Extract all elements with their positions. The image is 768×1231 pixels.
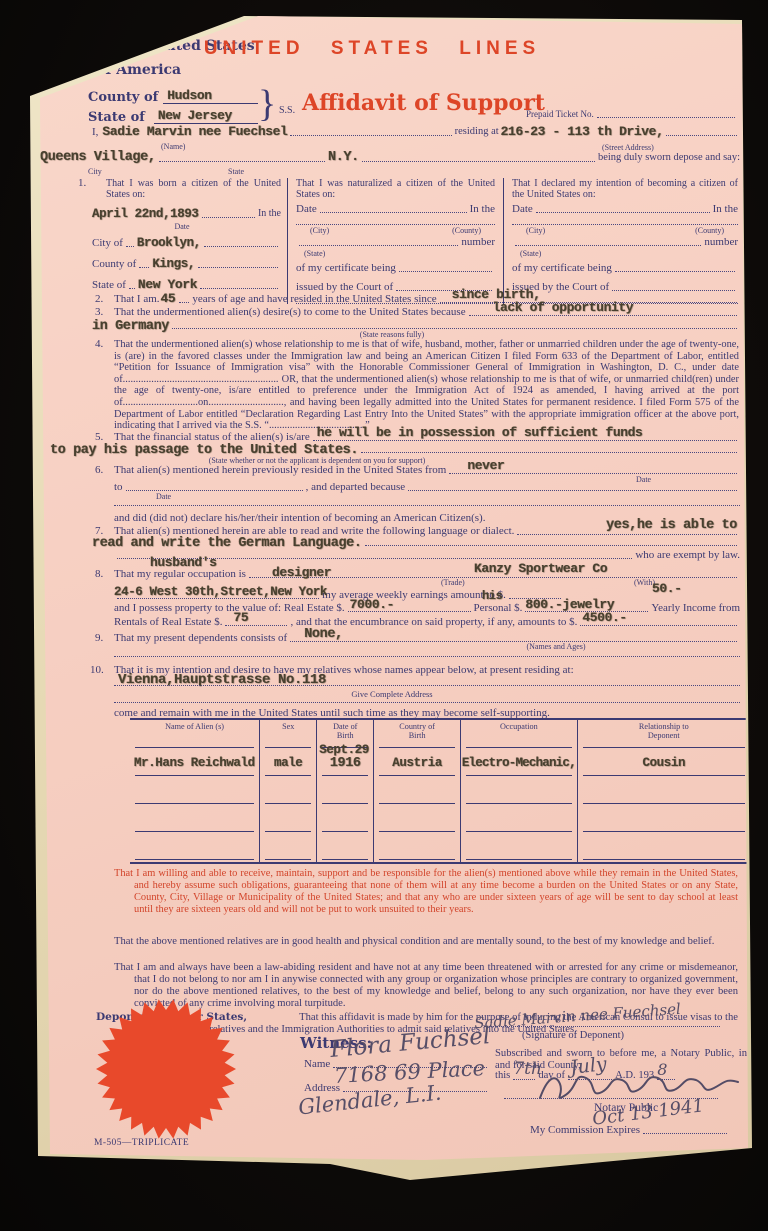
section5-number: 5.	[95, 431, 103, 443]
declared-number-row: number	[512, 236, 738, 248]
form-title: Affidavit of Support	[302, 90, 545, 116]
dotted-leader	[615, 271, 735, 272]
residing-label: residing at	[455, 126, 499, 138]
dotted-line	[114, 685, 740, 686]
dotted-leader: 4500.-	[580, 625, 737, 626]
dotted-leader	[612, 290, 735, 291]
section3-number: 3.	[95, 306, 103, 318]
departed-label: , and departed because	[306, 481, 406, 493]
dotted-line	[114, 702, 740, 703]
alien-name-value: Mr.Hans Reichwald	[130, 750, 259, 770]
cell-rule	[379, 859, 455, 860]
health-declaration: That the above mentioned relatives are i…	[114, 936, 738, 948]
row-country: Austria	[374, 750, 461, 778]
dotted-leader: yes,he is able to	[517, 534, 737, 535]
commission-row: My Commission Expires	[530, 1124, 730, 1136]
empty-cell	[374, 834, 461, 862]
witness-name-label: Name	[304, 1058, 330, 1070]
dotted-leader	[126, 246, 134, 247]
declared-in-the: In the	[713, 203, 738, 215]
alien-occupation-value: Electro-Mechanic,	[461, 750, 577, 770]
empty-cell	[130, 806, 260, 834]
cell-rule	[322, 859, 368, 860]
sworn-label: being duly sworn depose and say:	[598, 152, 740, 164]
dotted-leader	[361, 452, 737, 453]
row-sex: male	[260, 750, 317, 778]
state-caption: (State)	[512, 248, 738, 259]
dotted-leader	[666, 135, 737, 136]
dotted-leader	[204, 246, 278, 247]
dotted-line	[114, 505, 740, 506]
certificate-label: of my certificate being	[512, 262, 612, 274]
alien-relationship-value: Cousin	[578, 750, 750, 770]
empty-cell	[461, 806, 578, 834]
section8-property-line: and I possess property to the value of: …	[114, 602, 740, 614]
naturalized-certificate-row: of my certificate being	[296, 262, 495, 274]
dotted-leader: never	[449, 473, 737, 474]
affiant-name-value: Sadie Marvin nee Fuechsel	[102, 126, 287, 138]
section5-answer-line2: to pay his passage to the United States.	[50, 443, 740, 455]
section10-number: 10.	[90, 664, 104, 676]
section8-number: 8.	[95, 568, 103, 580]
trade-caption: (Trade)	[441, 578, 465, 587]
cell-rule	[135, 803, 254, 804]
ss-label: S.S.	[279, 105, 295, 116]
section9-caption: (Names and Ages)	[416, 642, 696, 651]
real-estate-value: 7000.-	[350, 599, 394, 611]
header-relationship-label: Relationship to Deponent	[632, 720, 696, 740]
state-value: New Jersey	[154, 110, 258, 124]
state-abbrev-value: N.Y.	[328, 152, 359, 164]
cell-rule	[322, 831, 368, 832]
notary-seal	[93, 996, 239, 1142]
exempt-text: who are exempt by law.	[635, 549, 740, 561]
dotted-leader	[129, 288, 135, 289]
his-overlay: his	[482, 589, 502, 603]
dotted-line	[296, 224, 495, 225]
dotted-leader	[202, 217, 255, 218]
cell-rule	[583, 747, 745, 748]
row-dob: 1916	[317, 750, 374, 778]
section2-text-b: years of age and have resided in the Uni…	[192, 293, 436, 305]
language-answer-line1: yes,he is able to	[606, 520, 737, 532]
born-county-row: County of Kings,	[92, 258, 281, 270]
dotted-leader	[172, 328, 737, 329]
dotted-leader	[198, 267, 278, 268]
section6-number: 6.	[95, 464, 103, 476]
dotted-leader	[179, 302, 189, 303]
city-caption: (City)	[526, 225, 545, 236]
empty-cell	[461, 778, 578, 806]
cell-rule	[265, 859, 311, 860]
section6-departed-line: to , and departed because	[114, 481, 740, 493]
seal-starburst	[96, 999, 236, 1138]
dotted-leader	[536, 212, 710, 213]
dotted-leader: 7000.-	[348, 611, 471, 612]
cell-rule	[135, 775, 254, 776]
prepaid-ticket-label: Prepaid Ticket No.	[526, 108, 594, 120]
naturalized-text: That I was naturalized a citizen of the …	[296, 178, 495, 200]
empty-cell	[578, 834, 750, 862]
to-label: to	[114, 481, 123, 493]
section4-text: That the undermentioned alien(s) whose r…	[114, 339, 739, 431]
cell-rule	[379, 775, 455, 776]
company-address-value: 24-6 West 30th,Street,New York	[114, 585, 327, 599]
empty-cell	[130, 778, 260, 806]
header-country: Country of Birth	[374, 720, 461, 750]
dotted-leader	[200, 288, 278, 289]
county-caption: (County)	[452, 225, 481, 236]
empty-cell	[578, 806, 750, 834]
header-country-label: Country of Birth	[394, 720, 440, 740]
cell-rule	[265, 775, 311, 776]
section4-number: 4.	[95, 339, 103, 351]
row-occupation: Electro-Mechanic,	[461, 750, 578, 778]
cell-rule	[135, 859, 254, 860]
section8-rentals-line: Rentals of Real Estate $. 75 , and that …	[114, 616, 740, 628]
header-dob-label: Date of Birth	[328, 720, 362, 740]
financial-answer-line1: he will be in possession of sufficient f…	[317, 427, 643, 439]
support-declaration: That I am willing and able to receive, m…	[114, 868, 738, 916]
state-label: State of	[88, 112, 145, 124]
age-value: 45	[161, 293, 176, 305]
dotted-leader	[139, 267, 149, 268]
state-caption: (State)	[296, 248, 495, 259]
section1-declared-column: That I declared my intention of becoming…	[503, 178, 742, 304]
county-value: Hudson	[163, 90, 258, 104]
dotted-leader	[362, 161, 595, 162]
photograph-of-affidavit: { "page": { "letterhead_line1": "United …	[0, 0, 768, 1231]
born-county-value: Kings,	[152, 258, 195, 270]
cell-rule	[583, 859, 745, 860]
city-value: Queens Village,	[40, 152, 156, 164]
section6-text: That alien(s) mentioned herein previousl…	[114, 464, 446, 476]
rentals-text-a: Rentals of Real Estate $.	[114, 616, 222, 628]
empty-cell	[317, 806, 374, 834]
cell-rule	[583, 775, 745, 776]
dotted-leader	[290, 135, 451, 136]
number-label: number	[704, 236, 738, 248]
certificate-label: of my certificate being	[296, 262, 396, 274]
alien-sex-value: male	[260, 750, 316, 770]
affiant-line: I, Sadie Marvin nee Fuechsel residing at…	[92, 126, 740, 138]
section6-declare-text: and did (did not) declare his/her/their …	[114, 512, 485, 524]
city-caption: (City)	[310, 225, 329, 236]
declared-text: That I declared my intention of becoming…	[512, 178, 738, 200]
cell-rule	[322, 803, 368, 804]
section3-reason-line: 3. That the undermentioned alien(s) desi…	[114, 306, 740, 318]
cell-rule	[583, 803, 745, 804]
header-relationship: Relationship to Deponent	[578, 720, 750, 750]
born-date-caption: Date	[112, 221, 252, 232]
born-state-label: State of	[92, 279, 126, 291]
county-caption: (County)	[695, 225, 724, 236]
section3-caption: (State reasons fully)	[36, 330, 748, 339]
state-row: State of New Jersey	[88, 110, 258, 124]
section2-age-line: 2. That I am. 45 years of age and have r…	[114, 293, 740, 305]
empty-cell	[130, 834, 260, 862]
born-state-row: State of New York	[92, 279, 281, 291]
dependents-answer: None,	[304, 629, 343, 641]
born-in-the: In the	[258, 208, 281, 220]
section2-number: 2.	[95, 293, 103, 305]
alien-country-value: Austria	[374, 750, 460, 770]
header-sex: Sex	[260, 720, 317, 750]
dotted-line	[512, 224, 738, 225]
cell-rule	[466, 747, 572, 748]
cell-rule	[135, 831, 254, 832]
header-occupation: Occupation	[461, 720, 578, 750]
i-label: I,	[92, 126, 98, 138]
section9-text: That my present dependents consists of	[114, 632, 287, 644]
header-name-label: Name of Alien (s)	[130, 720, 259, 732]
cell-rule	[265, 747, 311, 748]
section9-number: 9.	[95, 632, 103, 644]
county-row: County of Hudson	[88, 90, 258, 104]
section1-born-column: 1. That I was born a citizen of the Unit…	[92, 178, 287, 304]
cell-rule	[583, 831, 745, 832]
cell-rule	[379, 747, 455, 748]
encumbrance-value: 4500.-	[582, 612, 626, 624]
section3-text: That the undermentioned alien(s) desire(…	[114, 306, 466, 318]
naturalized-city-county-captions: (City) (County)	[296, 225, 495, 236]
dotted-leader: lack of opportunity	[469, 315, 737, 316]
section5-text: That the financial status of the alien(s…	[114, 431, 310, 443]
relatives-table: Name of Alien (s) Sex Date of BirthSept.…	[130, 718, 750, 864]
cell-rule	[265, 831, 311, 832]
street-value: 216-23 - 113 th Drive,	[501, 126, 664, 138]
empty-cell	[317, 778, 374, 806]
state-caption: State	[228, 167, 244, 176]
number-label: number	[461, 236, 495, 248]
naturalized-date-label: Date	[296, 203, 317, 215]
section4-paragraph: 4. That the undermentioned alien(s) whos…	[114, 339, 739, 432]
born-county-label: County of	[92, 258, 136, 270]
affidavit-page: United States of America UNITED STATES L…	[36, 12, 748, 1164]
cell-rule	[379, 831, 455, 832]
this-label: this	[495, 1070, 510, 1082]
dotted-leader: 7th	[513, 1079, 535, 1080]
cell-rule	[322, 775, 368, 776]
section7-answer-line2: read and write the German Language.	[92, 536, 740, 548]
dotted-leader	[597, 117, 735, 118]
reason-value-1: lack of opportunity	[493, 302, 634, 314]
born-state-value: New York	[138, 279, 197, 291]
empty-cell	[260, 806, 317, 834]
declared-court-row: issued by the Court of	[512, 281, 738, 293]
section8-text: That my regular occupation is	[114, 568, 246, 580]
dotted-leader	[643, 1133, 727, 1134]
row-relationship: Cousin	[578, 750, 750, 778]
city-caption: City	[88, 167, 102, 176]
cell-rule	[466, 859, 572, 860]
resided-answer: never	[467, 460, 504, 472]
born-city-value: Brooklyn,	[137, 237, 201, 249]
born-date-row: April 22nd,1893 In the	[92, 208, 281, 220]
empty-cell	[260, 778, 317, 806]
naturalized-number-row: number	[296, 236, 495, 248]
county-label: County of	[88, 92, 158, 104]
property-text-a: and I possess property to the value of: …	[114, 602, 345, 614]
declared-city-county-captions: (City) (County)	[512, 225, 738, 236]
cell-rule	[135, 747, 254, 748]
empty-cell	[374, 806, 461, 834]
court-label: issued by the Court of	[296, 281, 393, 293]
header-sex-label: Sex	[260, 720, 316, 732]
declared-date-label: Date	[512, 203, 533, 215]
company-value: Kanzy Sportwear Co	[474, 561, 607, 576]
dotted-leader	[159, 161, 326, 162]
header-name: Name of Alien (s)	[130, 720, 260, 750]
occupation-value: designer	[272, 565, 331, 580]
section1-naturalized-column: That I was naturalized a citizen of the …	[287, 178, 503, 304]
dotted-leader	[320, 212, 467, 213]
dotted-line	[484, 1026, 720, 1027]
dotted-leader: he will be in possession of sufficient f…	[313, 440, 737, 441]
dotted-leader	[299, 245, 458, 246]
declared-date-row: DateIn the	[512, 203, 738, 215]
dotted-line	[114, 656, 740, 657]
born-city-row: City of Brooklyn,	[92, 237, 281, 249]
empty-cell	[374, 778, 461, 806]
section1-citizenship-columns: 1. That I was born a citizen of the Unit…	[92, 178, 742, 292]
empty-cell	[260, 834, 317, 862]
naturalized-date-row: DateIn the	[296, 203, 495, 215]
empty-cell	[578, 778, 750, 806]
name-caption: (Name)	[161, 142, 185, 151]
rentals-value: 75	[233, 612, 248, 624]
commission-label: My Commission Expires	[530, 1124, 640, 1136]
alien-dob-year-value: 1916	[317, 750, 373, 771]
dotted-leader	[408, 490, 737, 491]
header-dob: Date of BirthSept.29	[317, 720, 374, 750]
section5-financial-line: 5. That the financial status of the alie…	[114, 431, 740, 443]
born-city-label: City of	[92, 237, 123, 249]
cell-rule	[379, 803, 455, 804]
earnings-value: 50.-	[652, 581, 682, 596]
empty-cell	[461, 834, 578, 862]
section6-date-caption-2: Date	[156, 492, 171, 501]
dotted-leader	[126, 490, 303, 491]
city-state-line: Queens Village, N.Y. being duly sworn de…	[40, 152, 740, 164]
notary-signature-path	[540, 1077, 738, 1098]
row-name: Mr.Hans Reichwald	[130, 750, 260, 778]
born-date-value: April 22nd,1893	[92, 208, 199, 220]
dotted-leader	[399, 271, 492, 272]
brace-glyph: }	[258, 82, 276, 126]
cell-rule	[265, 803, 311, 804]
header-occupation-label: Occupation	[461, 720, 577, 732]
section2-text-a: That I am.	[114, 293, 160, 305]
section10-caption: Give Complete Address	[36, 689, 748, 699]
dotted-leader	[515, 245, 701, 246]
empty-cell	[317, 834, 374, 862]
cell-rule	[466, 775, 572, 776]
cell-rule	[466, 803, 572, 804]
declared-certificate-row: of my certificate being	[512, 262, 738, 274]
naturalized-in-the: In the	[470, 203, 495, 215]
born-text: That I was born a citizen of the United …	[92, 178, 281, 200]
cell-rule	[466, 831, 572, 832]
form-number: M-505—TRIPLICATE	[94, 1138, 189, 1148]
dotted-leader: 75	[225, 625, 287, 626]
deponent-signature-caption: (Signature of Deponent)	[522, 1030, 624, 1041]
property-text-b: Personal $.	[474, 602, 523, 614]
notary-signature-script	[534, 1068, 746, 1106]
prepaid-ticket-row: Prepaid Ticket No.	[526, 108, 738, 120]
section1-number: 1.	[78, 178, 86, 189]
street-caption: (Street Address)	[602, 143, 654, 152]
dotted-leader	[365, 545, 737, 546]
property-text-c: Yearly Income from	[651, 602, 740, 614]
